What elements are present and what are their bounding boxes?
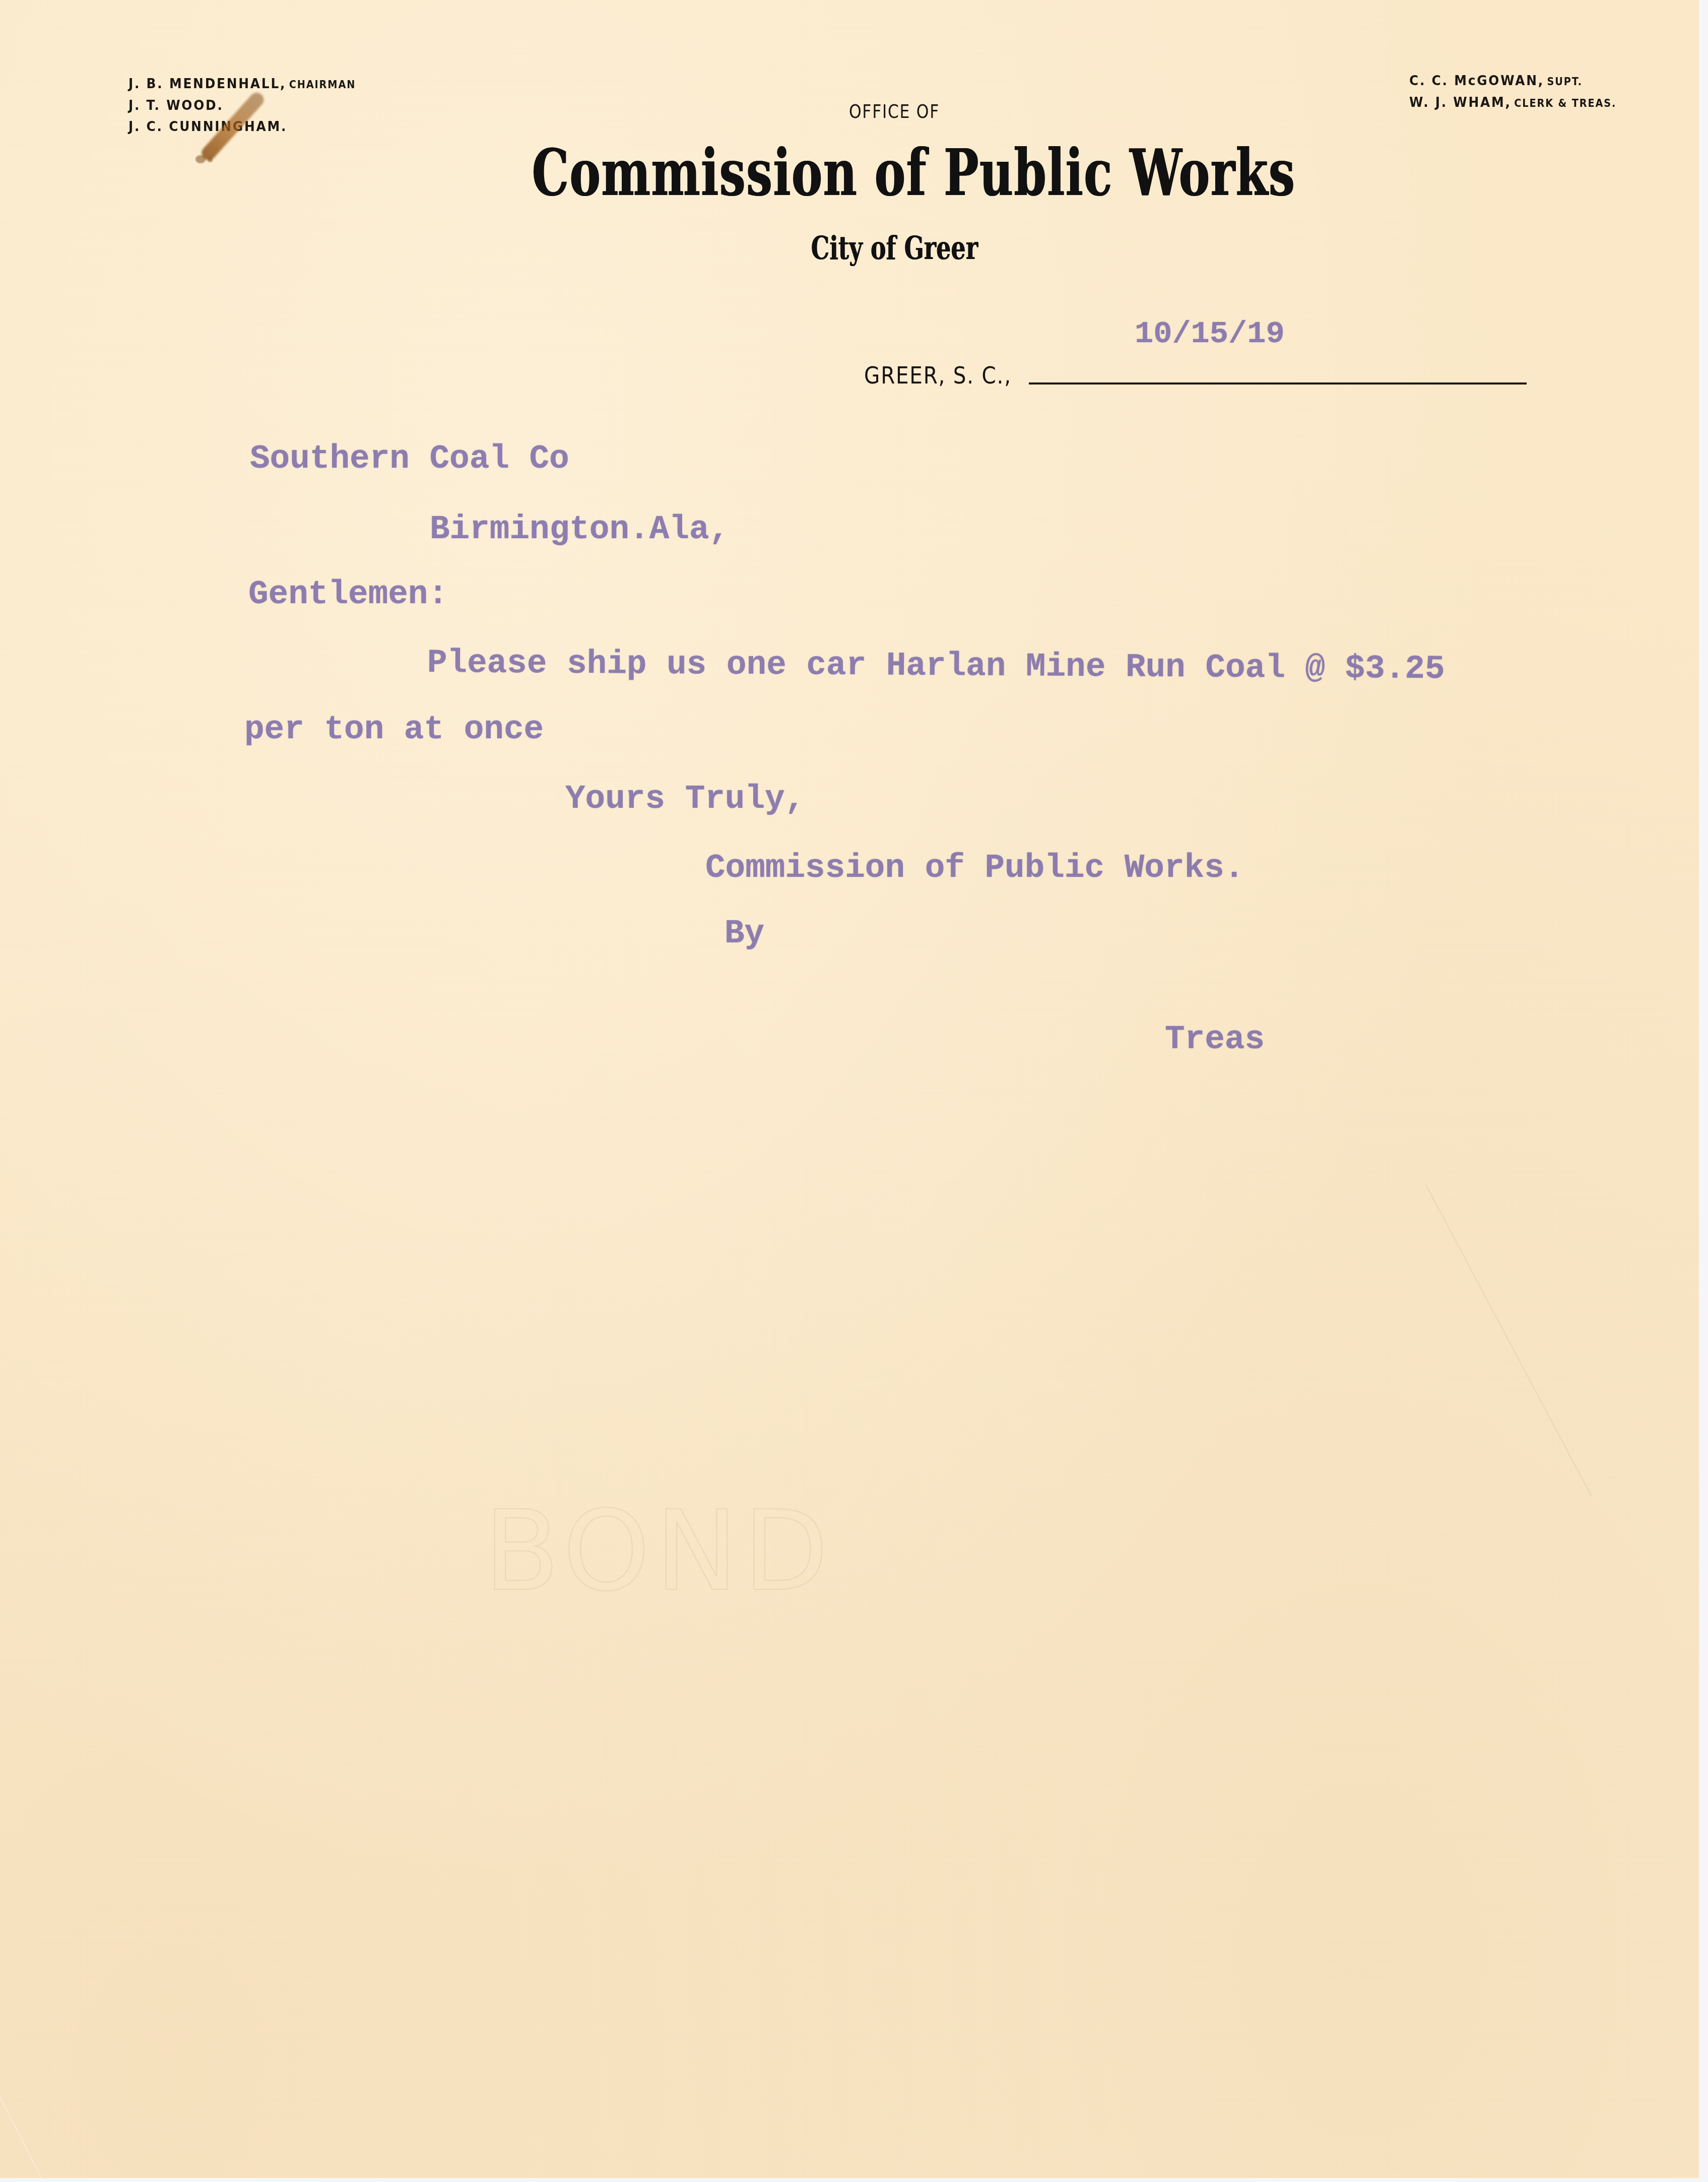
signature-organization: Commission of Public Works. bbox=[705, 852, 1244, 885]
officer-name: J. T. WOOD. bbox=[128, 98, 224, 113]
date-underline bbox=[1029, 382, 1527, 384]
officer-role: CLERK & TREAS. bbox=[1514, 97, 1616, 109]
signature-by: By bbox=[725, 917, 764, 950]
officer-superintendent: C. C. McGOWAN,SUPT. bbox=[1409, 71, 1616, 92]
stain-dot bbox=[208, 157, 213, 162]
officer-name: J. B. MENDENHALL, bbox=[128, 76, 286, 92]
stain-dot bbox=[195, 155, 206, 163]
body-line-1: Please ship us one car Harlan Mine Run C… bbox=[427, 647, 1445, 686]
place-label: GREER, S. C., bbox=[864, 362, 1012, 389]
officer-chairman: J. B. MENDENHALL,CHAIRMAN bbox=[128, 74, 356, 95]
officers-right: C. C. McGOWAN,SUPT. W. J. WHAM,CLERK & T… bbox=[1409, 71, 1616, 114]
officer-role: CHAIRMAN bbox=[289, 79, 356, 91]
bond-watermark: BOND bbox=[484, 1487, 833, 1616]
officer-name: W. J. WHAM, bbox=[1409, 95, 1512, 110]
officer-role: SUPT. bbox=[1547, 76, 1583, 88]
recipient-city: Birmington.Ala, bbox=[430, 513, 729, 546]
paper-crease bbox=[1425, 1185, 1592, 1497]
letterhead-title: Commission of Public Works bbox=[532, 135, 1257, 211]
signature-title: Treas bbox=[1165, 1023, 1265, 1056]
recipient-name: Southern Coal Co bbox=[250, 442, 569, 476]
letter-date: 10/15/19 bbox=[1135, 318, 1285, 350]
body-line-2: per ton at once bbox=[244, 713, 544, 746]
salutation: Gentlemen: bbox=[248, 578, 448, 611]
officer-clerk-treasurer: W. J. WHAM,CLERK & TREAS. bbox=[1409, 92, 1616, 114]
letterhead-subtitle: City of Greer bbox=[785, 229, 1003, 267]
office-of-label: OFFICE OF bbox=[809, 101, 980, 122]
paper-crease bbox=[0, 2097, 44, 2182]
officer-name: C. C. McGOWAN, bbox=[1409, 73, 1544, 89]
officer-name: J. C. CUNNINGHAM. bbox=[128, 119, 287, 135]
letter-paper: BOND J. B. MENDENHALL,CHAIRMAN J. T. WOO… bbox=[0, 0, 1699, 2178]
closing: Yours Truly, bbox=[565, 783, 805, 816]
